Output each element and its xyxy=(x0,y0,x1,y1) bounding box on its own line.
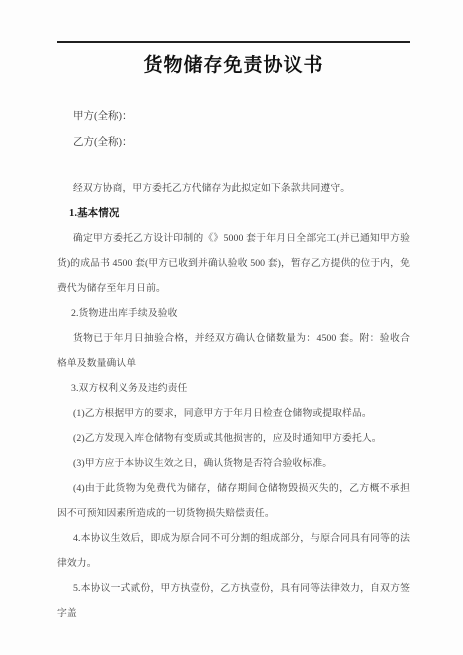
clause-5: 5.本协议一式贰份，甲方执壹份，乙方执壹份，具有同等法律效力，自双方签字盖 xyxy=(57,576,410,626)
clause-3-3: (3)甲方应于本协议生效之日，确认货物是否符合验收标准。 xyxy=(57,451,410,476)
paragraph-basic-info: 确定甲方委托乙方设计印制的《》5000 套于年月日全部完工(并已通知甲方验货)的… xyxy=(57,226,410,301)
parties-block: 甲方(全称)： 乙方(全称)： xyxy=(57,104,410,156)
header-rule xyxy=(57,41,410,43)
section-heading-2: 2.货物进出库手续及验收 xyxy=(57,301,410,326)
section-heading-1: 1.基本情况 xyxy=(57,201,410,226)
clause-3-1: (1)乙方根据甲方的要求，同意甲方于年月日检查仓储物或提取样品。 xyxy=(57,401,410,426)
body-text-block: 经双方协商，甲方委托乙方代储存为此拟定如下条款共同遵守。 1.基本情况 确定甲方… xyxy=(57,176,410,626)
document-title: 货物储存免责协议书 xyxy=(57,54,410,78)
clause-3-2: (2)乙方发现入库仓储物有变质或其他损害的，应及时通知甲方委托人。 xyxy=(57,426,410,451)
party-a-label: 甲方(全称)： xyxy=(57,104,410,130)
clause-4: 4.本协议生效后，即成为原合同不可分割的组成部分，与原合同具有同等的法律效力。 xyxy=(57,526,410,576)
paragraph-preamble: 经双方协商，甲方委托乙方代储存为此拟定如下条款共同遵守。 xyxy=(57,176,410,201)
paragraph-inspection: 货物已于年月日抽验合格，并经双方确认仓储数量为：4500 套。附：验收合格单及数… xyxy=(57,326,410,376)
party-b-label: 乙方(全称)： xyxy=(57,130,410,156)
document-page: 货物储存免责协议书 甲方(全称)： 乙方(全称)： 经双方协商，甲方委托乙方代储… xyxy=(0,0,463,655)
clause-3-4: (4)由于此货物为免费代为储存，储存期间仓储物毁损灭失的，乙方概不承担因不可预知… xyxy=(57,476,410,526)
section-heading-3: 3.双方权利义务及违约责任 xyxy=(57,376,410,401)
